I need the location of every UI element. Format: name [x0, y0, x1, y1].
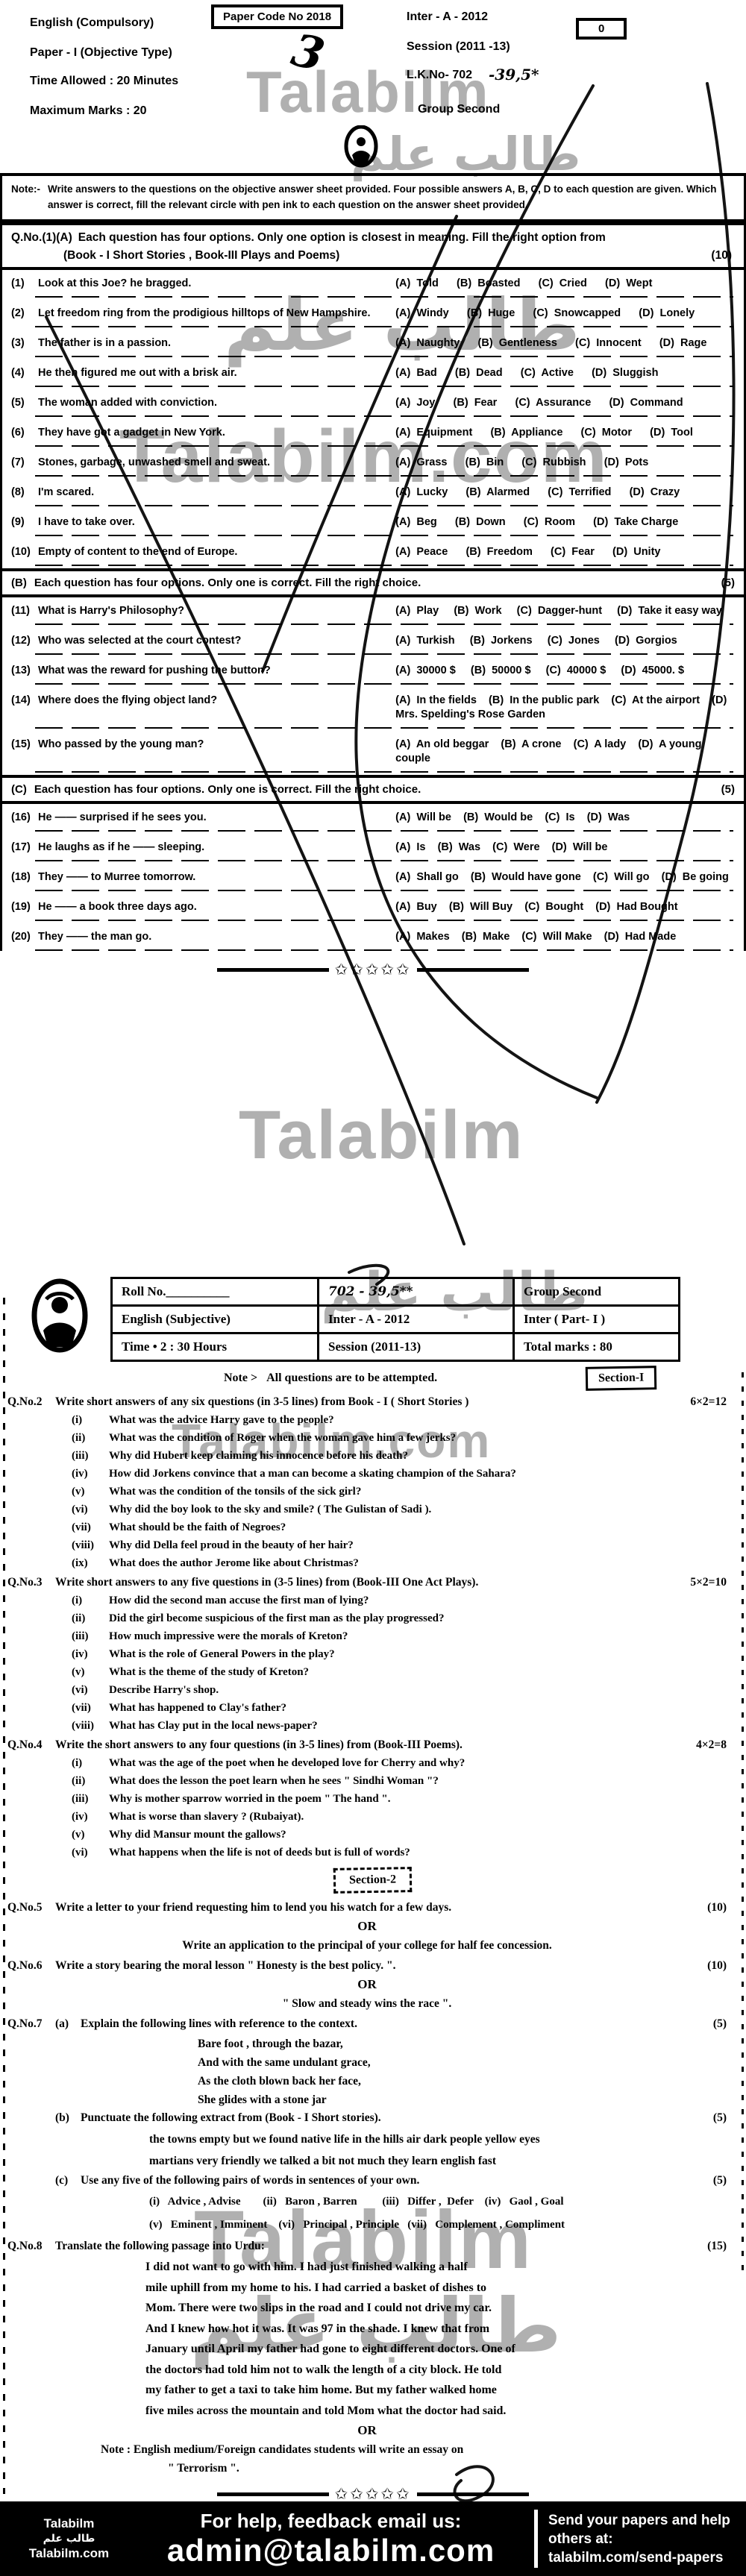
subquestion-text: Why did Mansur mount the gallows?	[109, 1826, 727, 1844]
scan-underline	[35, 326, 733, 327]
section-c-header: (C) Each question has four options. Only…	[2, 775, 744, 804]
question-number: (17)	[11, 841, 38, 855]
scan-underline	[35, 920, 733, 921]
scan-underline	[35, 386, 733, 387]
subquestion: (vii) What has happened to Clay's father…	[7, 1699, 727, 1717]
question-options: (A) Equipment (B) Appliance (C) Motor (D…	[395, 426, 736, 440]
section-2-row: Section-2	[0, 1862, 746, 1897]
question-number: (18)	[11, 870, 38, 885]
subquestion: (i) How did the second man accuse the fi…	[7, 1592, 727, 1609]
subquestion-number: (iv)	[72, 1808, 109, 1826]
subquestion: (vi) What happens when the life is not o…	[7, 1844, 727, 1862]
subquestion-text: Why did Della feel proud in the beauty o…	[109, 1536, 727, 1554]
poem-line: And with the same undulant grace,	[198, 2053, 727, 2072]
part-cell: Inter ( Part- I )	[514, 1306, 680, 1333]
section-b-heading: Each question has four options. Only one…	[34, 577, 421, 589]
poem-line: Bare foot , through the bazar,	[198, 2035, 727, 2053]
page1-header: English (Compulsory) Paper - I (Objectiv…	[0, 0, 746, 173]
mcq-list-b: (11) What is Harry's Philosophy? (A) Pla…	[2, 597, 744, 773]
subquestion: (ii) What does the lesson the poet learn…	[7, 1772, 727, 1790]
scan-underline	[35, 535, 733, 536]
part-b-label: (b)	[55, 2109, 81, 2127]
subquestion-list: (i) How did the second man accuse the fi…	[7, 1592, 727, 1735]
subquestion: (ix) What does the author Jerome like ab…	[7, 1554, 727, 1572]
subquestion: (vi) Describe Harry's shop.	[7, 1681, 727, 1699]
mcq-row: (15) Who passed by the young man? (A) An…	[2, 731, 744, 773]
scan-underline	[35, 623, 733, 625]
subquestion-text: What is worse than slavery ? (Rubaiyat).	[109, 1808, 727, 1826]
question-number: (5)	[11, 396, 38, 410]
exam-title: Inter - A - 2012	[407, 10, 488, 24]
session-cell: Session (2011-13)	[319, 1333, 514, 1361]
question-6-block: Q.No.6 Write a story bearing the moral l…	[0, 1955, 746, 2014]
part-b-text: Punctuate the following extract from (Bo…	[81, 2109, 707, 2127]
subquestion-number: (vi)	[72, 1844, 109, 1862]
alternate-question: " Slow and steady wins the race ".	[7, 1994, 727, 2014]
question-label: Q.No.7	[7, 2015, 55, 2033]
question-number: (14)	[11, 694, 38, 708]
subquestion-text: What does the author Jerome like about C…	[109, 1554, 727, 1572]
subquestion: (ii) What was the condition of Roger whe…	[7, 1429, 727, 1447]
scan-underline	[35, 771, 733, 773]
total-marks-cell: Total marks : 80	[514, 1333, 680, 1361]
subquestion: (i) What was the advice Harry gave to th…	[7, 1411, 727, 1429]
question-marks: 5×2=10	[684, 1574, 727, 1592]
subquestion-number: (vii)	[72, 1518, 109, 1536]
question-options: (A) Told (B) Boasted (C) Cried (D) Wept	[395, 277, 736, 291]
session: Session (2011 -13)	[407, 40, 510, 54]
time-cell: Time • 2 : 30 Hours	[112, 1333, 319, 1361]
question-number: (11)	[11, 604, 38, 618]
section-c-marks: (5)	[721, 783, 735, 796]
mcq-row: (12) Who was selected at the court conte…	[2, 627, 744, 655]
question-options: (A) Joy (B) Fear (C) Assurance (D) Comma…	[395, 396, 736, 410]
question-marks: (15)	[701, 2237, 727, 2255]
alternate-question: Write an application to the principal of…	[7, 1936, 727, 1955]
scan-underline	[35, 890, 733, 891]
maximum-marks: Maximum Marks : 20	[30, 104, 147, 118]
poem-line: As the cloth blown back her face,	[198, 2072, 727, 2090]
subquestion-text: What is the role of General Powers in th…	[109, 1645, 727, 1663]
question-4-block: Q.No.4 Write the short answers to any fo…	[0, 1735, 746, 1862]
question-text: I have to take over.	[38, 515, 395, 530]
objective-paper-page: English (Compulsory) Paper - I (Objectiv…	[0, 0, 746, 1268]
subquestion-number: (v)	[72, 1663, 109, 1681]
question-label: Q.No.8	[7, 2237, 55, 2255]
page1-stars: ✩✩✩✩✩	[0, 953, 746, 983]
footer-help-block: For help, feedback email us: admin@talab…	[138, 2510, 524, 2569]
paper-code-box: Paper Code No 2018	[211, 4, 343, 29]
section-a-header: Q.No.(1)(A) Each question has four optio…	[2, 222, 744, 270]
question-number: (8)	[11, 486, 38, 500]
subquestion-text: What has happened to Clay's father?	[109, 1699, 727, 1717]
question-number: (1)	[11, 277, 38, 291]
question-text: What is Harry's Philosophy?	[38, 604, 395, 618]
passage-line: mile uphill from my home to his. I had c…	[145, 2278, 682, 2299]
subquestion-number: (vi)	[72, 1681, 109, 1699]
page2-stars: ✩✩✩✩✩	[0, 2478, 746, 2501]
subquestion: (v) What is the theme of the study of Kr…	[7, 1663, 727, 1681]
section-a-label: Q.No.(1)(A)	[11, 231, 72, 245]
footer-brand-block: Talabilm طالب علم Talabilm.com	[0, 2516, 138, 2561]
question-text: What was the reward for pushing the butt…	[38, 664, 395, 678]
question-options: (A) Will be (B) Would be (C) Is (D) Was	[395, 811, 736, 825]
question-text: Who was selected at the court contest?	[38, 634, 395, 648]
subquestion-number: (i)	[72, 1411, 109, 1429]
subject-title: English (Compulsory)	[30, 16, 154, 30]
footer-divider	[534, 2510, 538, 2568]
scan-underline	[35, 475, 733, 477]
objective-note: Note:- Write answers to the questions on…	[0, 173, 746, 222]
scan-underline	[35, 356, 733, 357]
question-options: (A) Grass (B) Bin (C) Rubbish (D) Pots	[395, 456, 736, 470]
subquestion-list: (i) What was the age of the poet when he…	[7, 1754, 727, 1862]
scan-underline	[35, 445, 733, 447]
note-label: Note:-	[11, 181, 40, 213]
essay-topic: " Terrorism ".	[7, 2459, 727, 2478]
part-a-text: Explain the following lines with referen…	[81, 2015, 707, 2033]
question-text: Where does the flying object land?	[38, 694, 395, 708]
scan-underline	[35, 949, 733, 951]
question-options: (A) Peace (B) Freedom (C) Fear (D) Unity	[395, 545, 736, 559]
subquestion-text: Did the girl become suspicious of the fi…	[109, 1609, 727, 1627]
subquestion-text: How much impressive were the morals of K…	[109, 1627, 727, 1645]
talabilm-footer-banner: Talabilm طالب علم Talabilm.com For help,…	[0, 2501, 746, 2576]
passage-line: the doctors had told him not to walk the…	[145, 2360, 682, 2381]
question-options: (A) Beg (B) Down (C) Room (D) Take Charg…	[395, 515, 736, 530]
question-options: (A) An old beggar (B) A crone (C) A lady…	[395, 738, 736, 766]
subquestion-number: (viii)	[72, 1717, 109, 1735]
question-number: (12)	[11, 634, 38, 648]
question-heading: Write short answers to any five question…	[55, 1574, 684, 1592]
subquestion-number: (i)	[72, 1754, 109, 1772]
group-cell: Group Second	[514, 1278, 680, 1306]
subquestion-number: (iii)	[72, 1627, 109, 1645]
zero-box: 0	[576, 18, 627, 40]
footer-brand: Talabilm	[0, 2516, 138, 2531]
section-a-marks: (10)	[711, 249, 732, 263]
passage-line: Mom. There were two slips in the road an…	[145, 2298, 682, 2319]
subquestion-number: (i)	[72, 1592, 109, 1609]
note-label: Note >	[224, 1372, 257, 1385]
question-number: (3)	[11, 336, 38, 351]
section-b-label: (B)	[11, 577, 27, 589]
roll-no-cell: Roll No.__________	[112, 1278, 319, 1306]
subquestion-text: Why did Hubert keep claiming his innocen…	[109, 1447, 727, 1465]
poem-lines: Bare foot , through the bazar,And with t…	[7, 2033, 727, 2109]
question-options: (A) 30000 $ (B) 50000 $ (C) 40000 $ (D) …	[395, 664, 736, 678]
subquestion: (v) What was the condition of the tonsil…	[7, 1483, 727, 1501]
subquestion-number: (vii)	[72, 1699, 109, 1717]
mcq-row: (1) Look at this Joe? he bragged. (A) To…	[2, 270, 744, 298]
subquestion: (iii) How much impressive were the moral…	[7, 1627, 727, 1645]
subquestion: (iv) What is the role of General Powers …	[7, 1645, 727, 1663]
mcq-row: (2) Let freedom ring from the prodigious…	[2, 300, 744, 327]
question-2-block: Q.No.2 Write short answers of any six qu…	[0, 1392, 746, 1572]
question-number: (19)	[11, 900, 38, 914]
part-c-text: Use any five of the following pairs of w…	[81, 2172, 707, 2190]
mcq-row: (4) He then figured me out with a brisk …	[2, 359, 744, 387]
question-options: (A) Bad (B) Dead (C) Active (D) Sluggish	[395, 366, 736, 380]
page2-header: Roll No.__________ 702 - 39,5** Group Se…	[0, 1268, 746, 1362]
question-text: Translate the following passage into Urd…	[55, 2237, 701, 2255]
mcq-row: (13) What was the reward for pushing the…	[2, 657, 744, 685]
mcq-list-c: (16) He —— surprised if he sees you. (A)…	[2, 804, 744, 951]
subquestion: (iii) Why is mother sparrow worried in t…	[7, 1790, 727, 1808]
question-number: (4)	[11, 366, 38, 380]
section-c-heading: Each question has four options. Only one…	[34, 783, 421, 796]
handwritten-code: 3	[286, 24, 329, 82]
mcq-row: (10) Empty of content to the end of Euro…	[2, 538, 744, 566]
section-b-header: (B) Each question has four options. Only…	[2, 568, 744, 597]
question-heading: Write short answers of any six questions…	[55, 1393, 684, 1411]
passage-line: five miles across the mountain and told …	[145, 2401, 682, 2422]
question-number: (20)	[11, 930, 38, 944]
question-label: Q.No.5	[7, 1899, 55, 1917]
question-marks: 6×2=12	[684, 1393, 727, 1411]
page2-note-row: Note > All questions are to be attempted…	[0, 1362, 746, 1392]
subquestion-number: (iv)	[72, 1645, 109, 1663]
part-c-label: (c)	[55, 2172, 81, 2190]
scan-underline	[35, 653, 733, 655]
subquestion-number: (ii)	[72, 1429, 109, 1447]
question-marks: 4×2=8	[690, 1736, 727, 1754]
question-text: They —— to Murree tomorrow.	[38, 870, 395, 885]
subquestion-text: What was the condition of the tonsils of…	[109, 1483, 727, 1501]
subquestion: (vi) Why did the boy look to the sky and…	[7, 1501, 727, 1518]
handwritten-lk: -39,5*	[489, 66, 539, 84]
board-crest-icon	[30, 1278, 90, 1357]
subquestion: (viii) What has Clay put in the local ne…	[7, 1717, 727, 1735]
subquestion: (iii) Why did Hubert keep claiming his i…	[7, 1447, 727, 1465]
question-text: Let freedom ring from the prodigious hil…	[38, 307, 395, 321]
question-5-block: Q.No.5 Write a letter to your friend req…	[0, 1897, 746, 1955]
subquestion-text: What is the theme of the study of Kreton…	[109, 1663, 727, 1681]
passage-line: my father to get a taxi to take him home…	[145, 2380, 682, 2401]
question-label: Q.No.2	[7, 1393, 55, 1411]
question-text: I'm scared.	[38, 486, 395, 500]
footer-send-line-2: others at:	[548, 2530, 739, 2548]
question-options: (A) Turkish (B) Jorkens (C) Jones (D) Go…	[395, 634, 736, 648]
mcq-row: (17) He laughs as if he —— sleeping. (A)…	[2, 834, 744, 861]
subquestion: (viii) Why did Della feel proud in the b…	[7, 1536, 727, 1554]
question-text: The father is in a passion.	[38, 336, 395, 351]
question-number: (16)	[11, 811, 38, 825]
question-text: He then figured me out with a brisk air.	[38, 366, 395, 380]
subquestion-text: What was the advice Harry gave to the pe…	[109, 1411, 727, 1429]
part-b-marks: (5)	[707, 2109, 727, 2127]
subquestion-number: (v)	[72, 1826, 109, 1844]
footer-send-block: Send your papers and help others at: tal…	[548, 2511, 746, 2567]
question-label: Q.No.4	[7, 1736, 55, 1754]
question-text: Stones, garbage, unwashed smell and swea…	[38, 456, 395, 470]
subquestion: (ii) Did the girl become suspicious of t…	[7, 1609, 727, 1627]
group-label: Group Second	[418, 103, 500, 116]
scan-underline	[35, 565, 733, 566]
footer-email: admin@talabilm.com	[138, 2533, 524, 2569]
question-text: They have got a gadget in New York.	[38, 426, 395, 440]
note-text: All questions are to be attempted.	[266, 1372, 437, 1385]
scan-underline	[35, 860, 733, 861]
question-options: (A) Play (B) Work (C) Dagger-hunt (D) Ta…	[395, 604, 736, 618]
mcq-row: (6) They have got a gadget in New York. …	[2, 419, 744, 447]
section-c-label: (C)	[11, 783, 27, 796]
paper-type: Paper - I (Objective Type)	[30, 46, 172, 60]
scan-underline	[35, 296, 733, 298]
mcq-row: (20) They —— the man go. (A) Makes (B) M…	[2, 923, 744, 951]
mcq-row: (5) The woman added with conviction. (A)…	[2, 389, 744, 417]
question-text: Write a letter to your friend requesting…	[55, 1899, 701, 1917]
or-divider: OR	[7, 2421, 727, 2440]
word-pairs-line-1: (i) Advice , Advise (ii) Baron , Barren …	[7, 2190, 727, 2213]
question-number: (10)	[11, 545, 38, 559]
section-2-box: Section-2	[333, 1867, 413, 1894]
question-options: (A) Windy (B) Huge (C) Snowcapped (D) Lo…	[395, 307, 736, 321]
subquestion: (iv) How did Jorkens convince that a man…	[7, 1465, 727, 1483]
question-marks: (10)	[701, 1899, 727, 1917]
lk-number: L.K.No- 702	[407, 69, 472, 82]
subquestion-text: What happens when the life is not of dee…	[109, 1844, 727, 1862]
question-options: (A) Makes (B) Make (C) Will Make (D) Had…	[395, 930, 736, 944]
question-number: (13)	[11, 664, 38, 678]
subquestion-text: How did Jorkens convince that a man can …	[109, 1465, 727, 1483]
footer-brand-urdu: طالب علم	[0, 2531, 138, 2546]
question-frame: Q.No.(1)(A) Each question has four optio…	[0, 222, 746, 951]
part-a-label: (a)	[55, 2015, 81, 2033]
question-8-block: Q.No.8 Translate the following passage i…	[0, 2236, 746, 2478]
question-text: The woman added with conviction.	[38, 396, 395, 410]
mcq-row: (9) I have to take over. (A) Beg (B) Dow…	[2, 509, 744, 536]
roll-no-handwritten: 702 - 39,5**	[319, 1278, 514, 1306]
question-label: Q.No.3	[7, 1574, 55, 1592]
subquestion-list: (i) What was the advice Harry gave to th…	[7, 1411, 727, 1572]
subquestion: (v) Why did Mansur mount the gallows?	[7, 1826, 727, 1844]
subquestion-number: (ii)	[72, 1772, 109, 1790]
exam-cell: Inter - A - 2012	[319, 1306, 514, 1333]
extract-line: the towns empty but we found native life…	[149, 2129, 697, 2150]
note-text: Write answers to the questions on the ob…	[48, 181, 735, 213]
star-row: ✩✩✩✩✩	[335, 961, 412, 978]
subquestion-text: What has Clay put in the local news-pape…	[109, 1717, 727, 1735]
subquestion-text: What was the age of the poet when he dev…	[109, 1754, 727, 1772]
footer-brand-site: Talabilm.com	[0, 2546, 138, 2561]
subquestion-number: (iii)	[72, 1447, 109, 1465]
board-crest-icon	[343, 125, 379, 170]
question-number: (7)	[11, 456, 38, 470]
section-a-heading: Each question has four options. Only one…	[78, 231, 606, 245]
question-options: (A) In the fields (B) In the public park…	[395, 694, 736, 722]
question-number: (6)	[11, 426, 38, 440]
scan-underline	[35, 830, 733, 832]
subquestion-number: (ii)	[72, 1609, 109, 1627]
question-number: (9)	[11, 515, 38, 530]
scan-underline	[35, 683, 733, 685]
subquestion-text: What was the condition of Roger when the…	[109, 1429, 727, 1447]
footer-send-line-1: Send your papers and help	[548, 2511, 739, 2530]
subquestion-number: (iv)	[72, 1465, 109, 1483]
subquestion-number: (viii)	[72, 1536, 109, 1554]
question-text: Look at this Joe? he bragged.	[38, 277, 395, 291]
question-number: (2)	[11, 307, 38, 321]
mcq-row: (3) The father is in a passion. (A) Naug…	[2, 330, 744, 357]
question-7-block: Q.No.7 (a) Explain the following lines w…	[0, 2014, 746, 2236]
part-c-marks: (5)	[707, 2172, 727, 2190]
subquestion-number: (iii)	[72, 1790, 109, 1808]
mcq-row: (8) I'm scared. (A) Lucky (B) Alarmed (C…	[2, 479, 744, 506]
question-text: Who passed by the young man?	[38, 738, 395, 752]
subquestion: (vii) What should be the faith of Negroe…	[7, 1518, 727, 1536]
mcq-list-a: (1) Look at this Joe? he bragged. (A) To…	[2, 270, 744, 566]
question-options: (A) Lucky (B) Alarmed (C) Terrified (D) …	[395, 486, 736, 500]
subject-cell: English (Subjective)	[112, 1306, 319, 1333]
subquestion-number: (vi)	[72, 1501, 109, 1518]
question-options: (A) Naughty (B) Gentleness (C) Innocent …	[395, 336, 736, 351]
passage-line: I did not want to go with him. I had jus…	[145, 2257, 682, 2278]
subquestion-number: (v)	[72, 1483, 109, 1501]
extract-lines: the towns empty but we found native life…	[7, 2127, 727, 2172]
mcq-row: (16) He —— surprised if he sees you. (A)…	[2, 804, 744, 832]
star-row: ✩✩✩✩✩	[335, 2485, 412, 2501]
subjective-paper-page: Roll No.__________ 702 - 39,5** Group Se…	[0, 1268, 746, 2501]
section-b-marks: (5)	[721, 577, 735, 589]
question-text: He laughs as if he —— sleeping.	[38, 841, 395, 855]
question-options: (A) Is (B) Was (C) Were (D) Will be	[395, 841, 736, 855]
part-a-marks: (5)	[707, 2015, 727, 2033]
subquestion: (iv) What is worse than slavery ? (Rubai…	[7, 1808, 727, 1826]
subquestion-text: What does the lesson the poet learn when…	[109, 1772, 727, 1790]
scan-underline	[35, 415, 733, 417]
question-heading: Write the short answers to any four ques…	[55, 1736, 690, 1754]
question-text: Empty of content to the end of Europe.	[38, 545, 395, 559]
section-a-books: (Book - I Short Stories , Book-III Plays…	[63, 249, 339, 263]
question-text: They —— the man go.	[38, 930, 395, 944]
subquestion-text: What should be the faith of Negroes?	[109, 1518, 727, 1536]
essay-note: Note : English medium/Foreign candidates…	[7, 2440, 727, 2459]
mcq-row: (11) What is Harry's Philosophy? (A) Pla…	[2, 597, 744, 625]
footer-send-url: talabilm.com/send-papers	[548, 2548, 739, 2567]
scan-underline	[35, 727, 733, 729]
subquestion-text: Why is mother sparrow worried in the poe…	[109, 1790, 727, 1808]
extract-line: martians very friendly we talked a bit n…	[149, 2150, 697, 2172]
word-pairs-line-2: (v) Eminent , Imminent (vi) Principal , …	[7, 2213, 727, 2236]
poem-line: She glides with a stone jar	[198, 2090, 727, 2109]
footer-help-line: For help, feedback email us:	[138, 2510, 524, 2533]
question-text: He —— surprised if he sees you.	[38, 811, 395, 825]
subquestion-number: (ix)	[72, 1554, 109, 1572]
subquestion-text: Why did the boy look to the sky and smil…	[109, 1501, 727, 1518]
question-options: (A) Shall go (B) Would have gone (C) Wil…	[395, 870, 736, 885]
scan-underline	[35, 505, 733, 506]
or-divider: OR	[7, 1917, 727, 1936]
question-text: He —— a book three days ago.	[38, 900, 395, 914]
translation-passage: I did not want to go with him. I had jus…	[7, 2255, 727, 2421]
mcq-row: (7) Stones, garbage, unwashed smell and …	[2, 449, 744, 477]
mcq-row: (14) Where does the flying object land? …	[2, 687, 744, 729]
question-marks: (10)	[701, 1957, 727, 1975]
subquestion-text: Describe Harry's shop.	[109, 1681, 727, 1699]
subquestion: (i) What was the age of the poet when he…	[7, 1754, 727, 1772]
mcq-row: (18) They —— to Murree tomorrow. (A) Sha…	[2, 864, 744, 891]
passage-line: And I knew how hot it was. It was 97 in …	[145, 2319, 682, 2340]
passage-line: January until April my father had gone t…	[145, 2339, 682, 2360]
time-allowed: Time Allowed : 20 Minutes	[30, 75, 178, 88]
or-divider: OR	[7, 1975, 727, 1994]
subquestion-text: How did the second man accuse the first …	[109, 1592, 727, 1609]
mcq-row: (19) He —— a book three days ago. (A) Bu…	[2, 893, 744, 921]
section-1-box: Section-I	[585, 1366, 656, 1391]
question-text: Write a story bearing the moral lesson "…	[55, 1957, 701, 1975]
exam-info-table: Roll No.__________ 702 - 39,5** Group Se…	[110, 1277, 680, 1362]
